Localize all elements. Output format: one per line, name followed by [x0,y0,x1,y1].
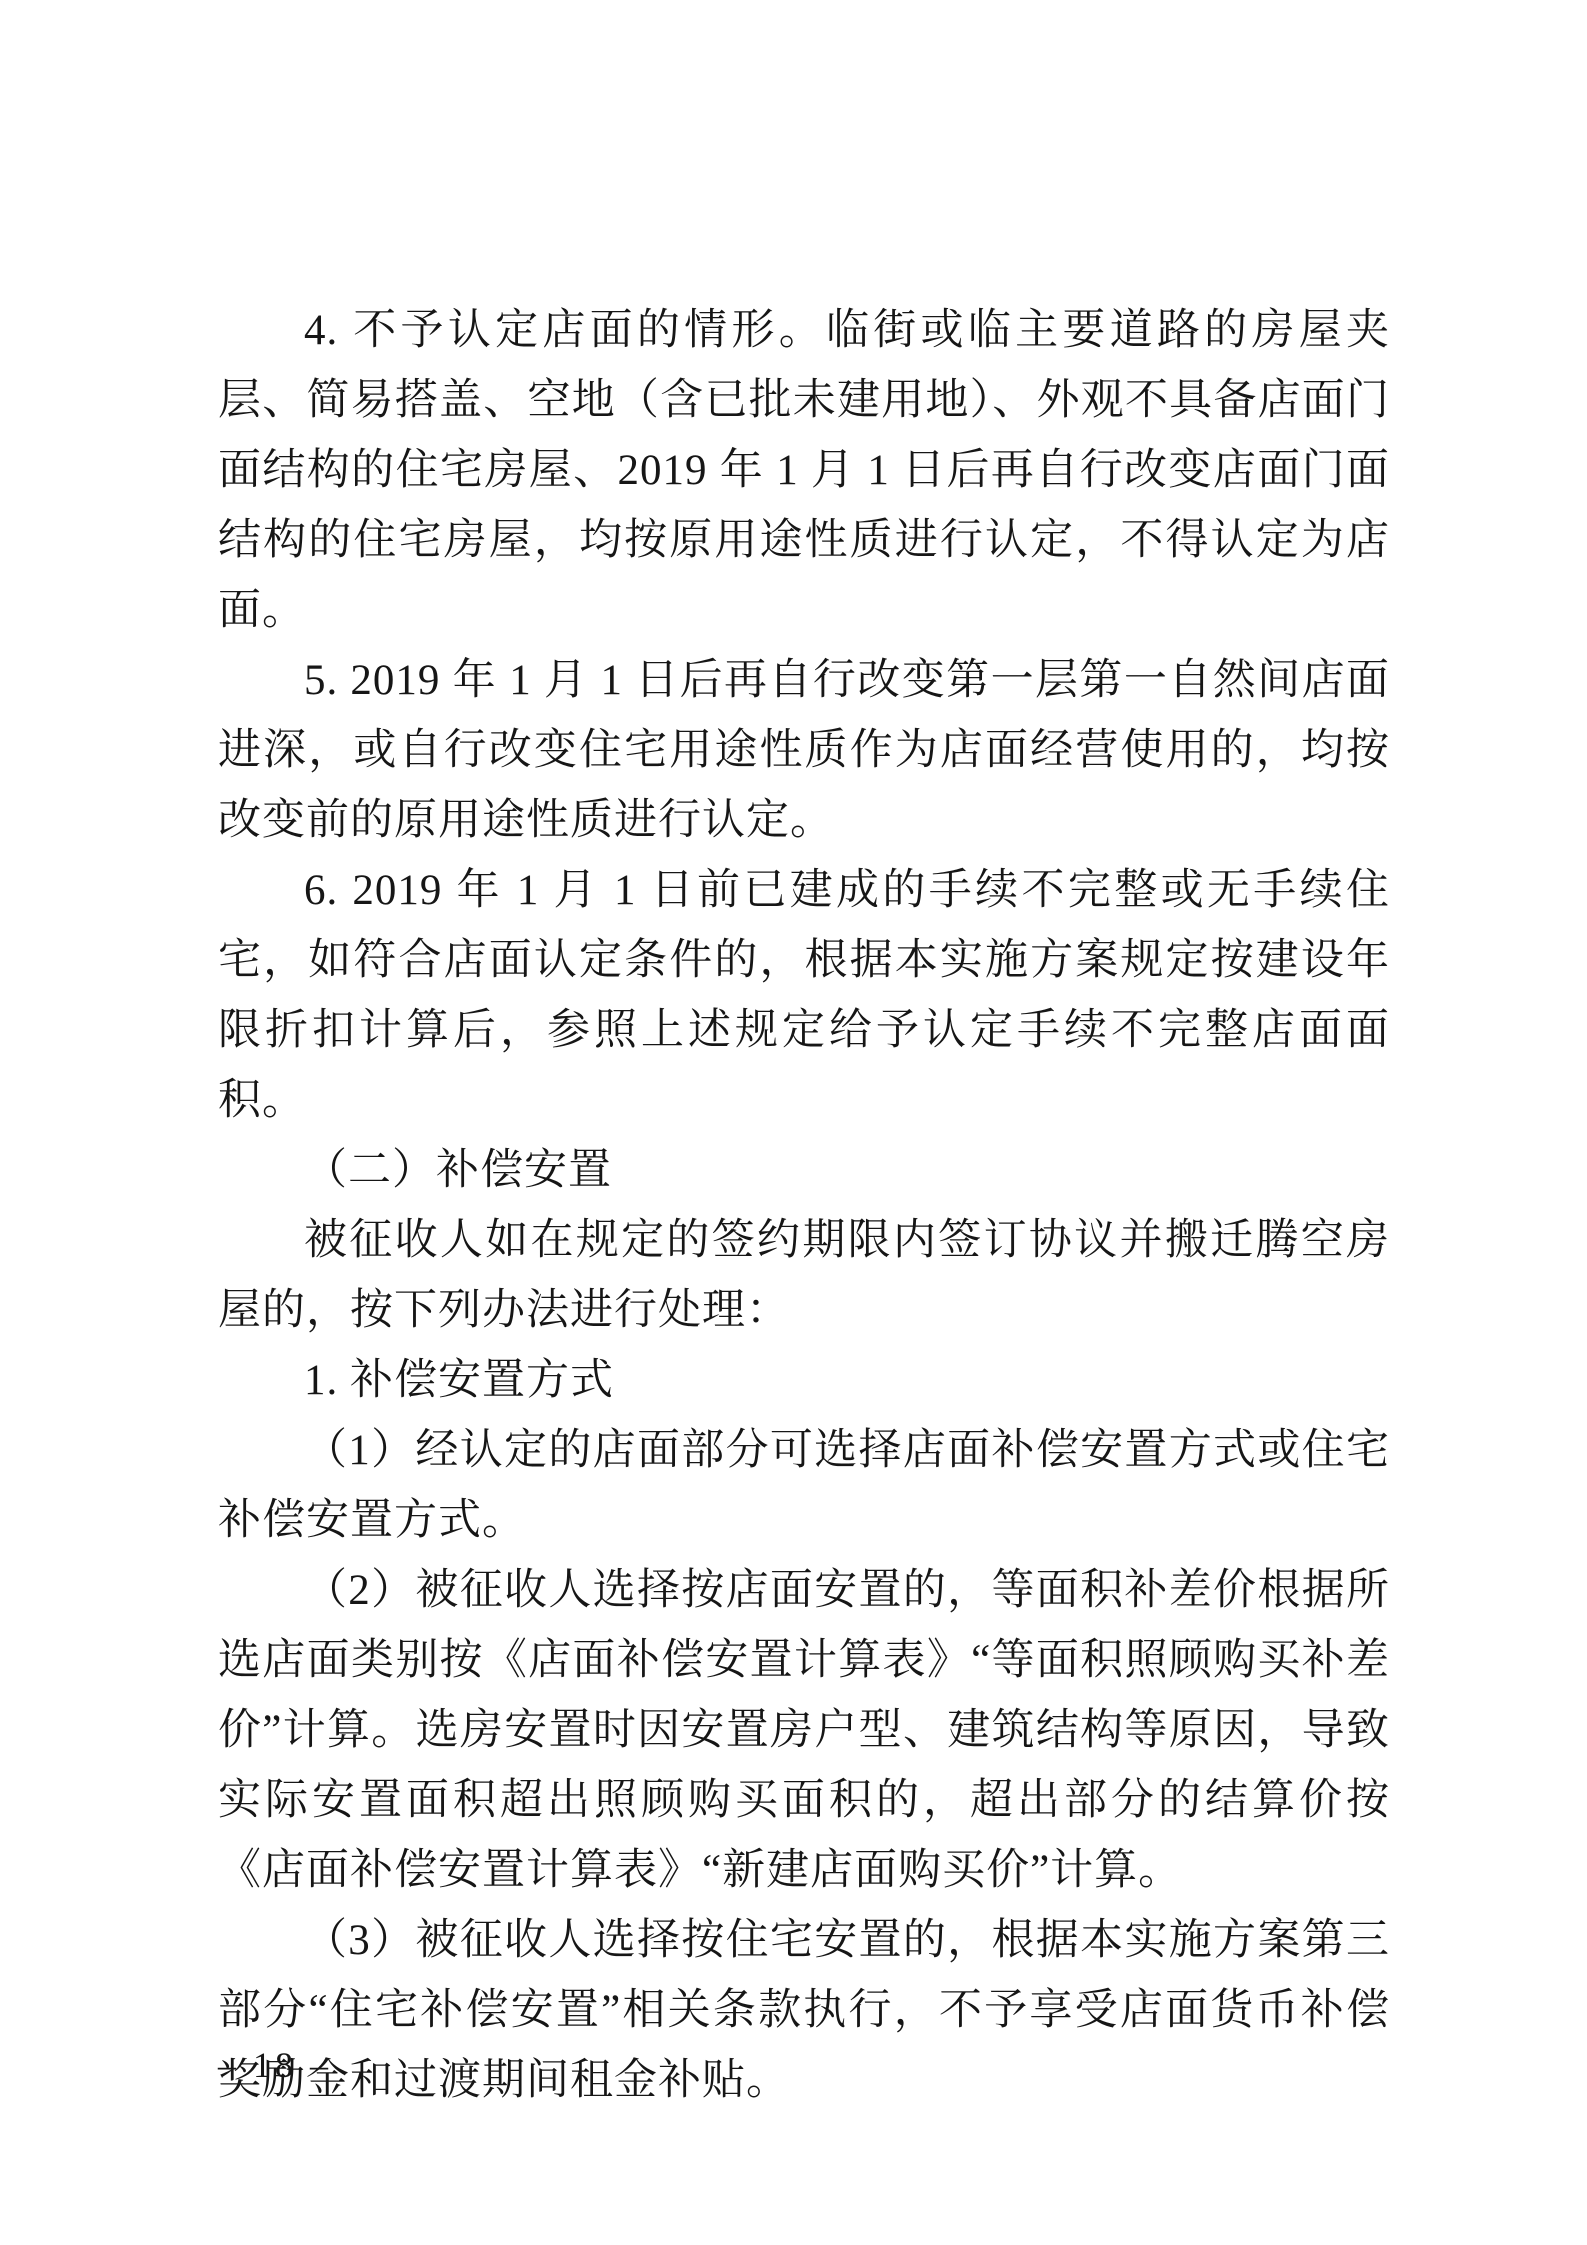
paragraph-item-3: （3）被征收人选择按住宅安置的，根据本实施方案第三部分“住宅补偿安置”相关条款执… [218,1906,1390,2116]
paragraph-item-1: （1）经认定的店面部分可选择店面补偿安置方式或住宅补偿安置方式。 [218,1416,1390,1556]
document-body: 4. 不予认定店面的情形。临街或临主要道路的房屋夹层、简易搭盖、空地（含已批未建… [218,296,1390,2116]
paragraph-item-6: 6. 2019 年 1 月 1 日前已建成的手续不完整或无手续住宅，如符合店面认… [218,856,1390,1136]
section-heading-compensation: （二）补偿安置 [218,1136,1390,1206]
page-number: – 18 – [218,2044,332,2086]
paragraph-item-2: （2）被征收人选择按店面安置的，等面积补差价根据所选店面类别按《店面补偿安置计算… [218,1556,1390,1906]
subsection-heading-method: 1. 补偿安置方式 [218,1346,1390,1416]
paragraph-intro: 被征收人如在规定的签约期限内签订协议并搬迁腾空房屋的，按下列办法进行处理： [218,1206,1390,1346]
paragraph-item-5: 5. 2019 年 1 月 1 日后再自行改变第一层第一自然间店面进深，或自行改… [218,646,1390,856]
document-page: 4. 不予认定店面的情形。临街或临主要道路的房屋夹层、简易搭盖、空地（含已批未建… [0,0,1587,2245]
paragraph-item-4: 4. 不予认定店面的情形。临街或临主要道路的房屋夹层、简易搭盖、空地（含已批未建… [218,296,1390,646]
